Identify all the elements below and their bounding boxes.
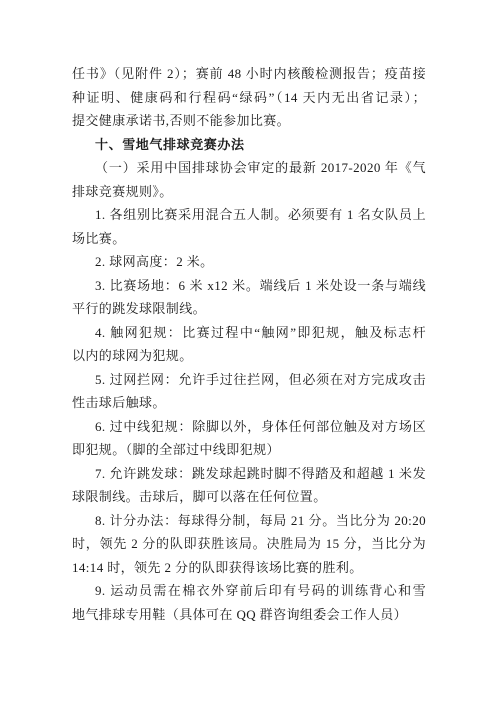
doc-line: 种证明、健康码和行程码“绿码”（14 天内无出省记录）； bbox=[72, 86, 426, 110]
doc-line: 排球竞赛规则》。 bbox=[72, 180, 426, 204]
doc-line: 时，领先 2 分的队即获胜该局。决胜局为 15 分，当比分为 bbox=[72, 532, 426, 556]
doc-line: 14:14 时，领先 2 分的队即获得该场比赛的胜利。 bbox=[72, 556, 426, 580]
doc-line: 9. 运动员需在棉衣外穿前后印有号码的训练背心和雪 bbox=[72, 579, 426, 603]
doc-line: 5. 过网拦网：允许手过往拦网，但必须在对方完成攻击 bbox=[72, 368, 426, 392]
doc-line: 8. 计分办法：每球得分制，每局 21 分。当比分为 20:20 bbox=[72, 509, 426, 533]
doc-line: 任书》（见附件 2）；赛前 48 小时内核酸检测报告；疫苗接 bbox=[72, 62, 426, 86]
doc-line: 地气排球专用鞋（具体可在 QQ 群咨询组委会工作人员） bbox=[72, 603, 426, 627]
doc-line: 以内的球网为犯规。 bbox=[72, 344, 426, 368]
doc-line: 平行的跳发球限制线。 bbox=[72, 297, 426, 321]
doc-line: 球限制线。击球后，脚可以落在任何位置。 bbox=[72, 485, 426, 509]
section-heading: 十、雪地气排球竞赛办法 bbox=[72, 133, 426, 157]
doc-line: 即犯规。（脚的全部过中线即犯规） bbox=[72, 438, 426, 462]
doc-line: 场比赛。 bbox=[72, 227, 426, 251]
doc-line: 提交健康承诺书,否则不能参加比赛。 bbox=[72, 109, 426, 133]
doc-line: 6. 过中线犯规：除脚以外，身体任何部位触及对方场区 bbox=[72, 415, 426, 439]
doc-line: 1. 各组别比赛采用混合五人制。必须要有 1 名女队员上 bbox=[72, 203, 426, 227]
doc-line: （一）采用中国排球协会审定的最新 2017-2020 年《气 bbox=[72, 156, 426, 180]
doc-line: 2. 球网高度：2 米。 bbox=[72, 250, 426, 274]
document-page: 任书》（见附件 2）；赛前 48 小时内核酸检测报告；疫苗接 种证明、健康码和行… bbox=[0, 0, 500, 707]
doc-line: 性击球后触球。 bbox=[72, 391, 426, 415]
doc-line: 4. 触网犯规：比赛过程中“触网”即犯规，触及标志杆 bbox=[72, 321, 426, 345]
doc-line: 7. 允许跳发球：跳发球起跳时脚不得踏及和超越 1 米发 bbox=[72, 462, 426, 486]
doc-line: 3. 比赛场地：6 米 x12 米。端线后 1 米处设一条与端线 bbox=[72, 274, 426, 298]
document-body: 任书》（见附件 2）；赛前 48 小时内核酸检测报告；疫苗接 种证明、健康码和行… bbox=[72, 62, 426, 626]
